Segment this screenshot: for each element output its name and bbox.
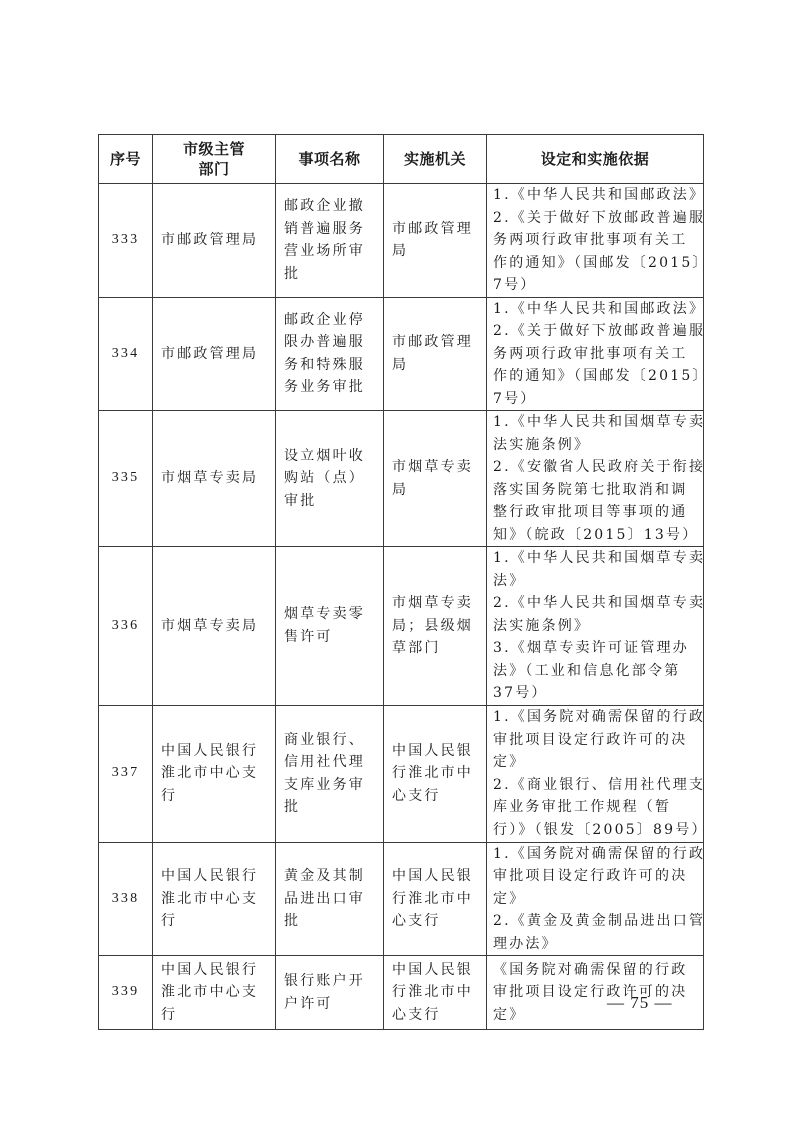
basis-line: 定》 <box>493 751 701 774</box>
page-number: — 75 — <box>607 993 673 1013</box>
cell-org: 中国人民银行淮北市中心支行 <box>384 842 487 956</box>
cell-dept: 市邮政管理局 <box>153 297 276 411</box>
basis-line: 1.《中华人民共和国邮政法》 <box>493 298 701 321</box>
basis-line: 法》 <box>493 570 701 593</box>
cell-item: 设立烟叶收购站（点）审批 <box>276 411 384 547</box>
basis-line: 库业务审批工作规程（暂 <box>493 796 701 819</box>
header-org: 实施机关 <box>384 135 487 184</box>
cell-seq: 335 <box>99 411 153 547</box>
basis-line: 7号） <box>493 388 701 411</box>
table-row: 338 中国人民银行淮北市中心支行 黄金及其制品进出口审批 中国人民银行淮北市中… <box>99 842 704 956</box>
cell-dept: 市烟草专卖局 <box>153 547 276 706</box>
basis-line: 《国务院对确需保留的行政 <box>493 959 701 982</box>
basis-line: 整行政审批项目等事项的通 <box>493 501 701 524</box>
basis-line: 2.《关于做好下放邮政普遍服 <box>493 320 701 343</box>
header-basis: 设定和实施依据 <box>487 135 704 184</box>
basis-line: 2.《黄金及黄金制品进出口管 <box>493 910 701 933</box>
basis-line: 审批项目设定行政许可的决 <box>493 865 701 888</box>
basis-line: 作的通知》（国邮发〔2015〕 <box>493 365 701 388</box>
cell-item: 商业银行、信用社代理支库业务审批 <box>276 705 384 842</box>
basis-line: 法》（工业和信息化部令第 <box>493 660 701 683</box>
cell-item: 黄金及其制品进出口审批 <box>276 842 384 956</box>
basis-line: 1.《中华人民共和国烟草专卖 <box>493 411 701 434</box>
header-item: 事项名称 <box>276 135 384 184</box>
cell-org: 中国人民银行淮北市中心支行 <box>384 705 487 842</box>
basis-line: 2.《安徽省人民政府关于衔接 <box>493 456 701 479</box>
cell-org: 市邮政管理局 <box>384 184 487 298</box>
basis-line: 1.《中华人民共和国邮政法》 <box>493 184 701 207</box>
table-row: 336 市烟草专卖局 烟草专卖零售许可 市烟草专卖局；县级烟草部门 1.《中华人… <box>99 547 704 706</box>
cell-dept: 市邮政管理局 <box>153 184 276 298</box>
header-dept-line1: 市级主管 <box>183 140 245 158</box>
basis-line: 法实施条例》 <box>493 615 701 638</box>
cell-item: 邮政企业停限办普遍服务和特殊服务业务审批 <box>276 297 384 411</box>
basis-line: 定》 <box>493 888 701 911</box>
basis-line: 37号） <box>493 682 701 705</box>
basis-line: 知》（皖政〔2015〕13号） <box>493 524 701 547</box>
basis-line: 务两项行政审批事项有关工 <box>493 229 701 252</box>
document-page: 序号 市级主管 部门 事项名称 实施机关 设定和实施依据 333 市邮政管理局 … <box>0 0 793 1122</box>
basis-line: 作的通知》（国邮发〔2015〕 <box>493 252 701 275</box>
basis-line: 2.《关于做好下放邮政普遍服 <box>493 207 701 230</box>
cell-basis: 1.《中华人民共和国烟草专卖 法实施条例》 2.《安徽省人民政府关于衔接 落实国… <box>487 411 704 547</box>
table-row: 333 市邮政管理局 邮政企业撤销普遍服务营业场所审批 市邮政管理局 1.《中华… <box>99 184 704 298</box>
cell-org: 市烟草专卖局 <box>384 411 487 547</box>
table-row: 335 市烟草专卖局 设立烟叶收购站（点）审批 市烟草专卖局 1.《中华人民共和… <box>99 411 704 547</box>
cell-dept: 中国人民银行淮北市中心支行 <box>153 956 276 1030</box>
basis-line: 法实施条例》 <box>493 434 701 457</box>
table-row: 334 市邮政管理局 邮政企业停限办普遍服务和特殊服务业务审批 市邮政管理局 1… <box>99 297 704 411</box>
cell-seq: 336 <box>99 547 153 706</box>
cell-dept: 市烟草专卖局 <box>153 411 276 547</box>
cell-seq: 333 <box>99 184 153 298</box>
basis-line: 2.《商业银行、信用社代理支 <box>493 774 701 797</box>
cell-dept: 中国人民银行淮北市中心支行 <box>153 705 276 842</box>
table-header-row: 序号 市级主管 部门 事项名称 实施机关 设定和实施依据 <box>99 135 704 184</box>
cell-seq: 339 <box>99 956 153 1030</box>
basis-line: 1.《国务院对确需保留的行政 <box>493 843 701 866</box>
cell-basis: 1.《中华人民共和国邮政法》 2.《关于做好下放邮政普遍服 务两项行政审批事项有… <box>487 184 704 298</box>
basis-line: 审批项目设定行政许可的决 <box>493 729 701 752</box>
cell-item: 烟草专卖零售许可 <box>276 547 384 706</box>
basis-line: 务两项行政审批事项有关工 <box>493 343 701 366</box>
basis-line: 3.《烟草专卖许可证管理办 <box>493 637 701 660</box>
cell-org: 市邮政管理局 <box>384 297 487 411</box>
cell-item: 银行账户开户许可 <box>276 956 384 1030</box>
basis-line: 7号） <box>493 274 701 297</box>
basis-line: 2.《中华人民共和国烟草专卖 <box>493 592 701 615</box>
cell-seq: 334 <box>99 297 153 411</box>
cell-seq: 337 <box>99 705 153 842</box>
cell-item: 邮政企业撤销普遍服务营业场所审批 <box>276 184 384 298</box>
header-dept: 市级主管 部门 <box>153 135 276 184</box>
basis-line: 1.《国务院对确需保留的行政 <box>493 706 701 729</box>
cell-org: 中国人民银行淮北市中心支行 <box>384 956 487 1030</box>
table-row: 337 中国人民银行淮北市中心支行 商业银行、信用社代理支库业务审批 中国人民银… <box>99 705 704 842</box>
cell-basis: 1.《中华人民共和国邮政法》 2.《关于做好下放邮政普遍服 务两项行政审批事项有… <box>487 297 704 411</box>
administrative-approval-table: 序号 市级主管 部门 事项名称 实施机关 设定和实施依据 333 市邮政管理局 … <box>98 134 704 1030</box>
header-dept-line2: 部门 <box>198 160 229 178</box>
cell-seq: 338 <box>99 842 153 956</box>
basis-line: 1.《中华人民共和国烟草专卖 <box>493 547 701 570</box>
basis-line: 落实国务院第七批取消和调 <box>493 479 701 502</box>
cell-basis: 1.《国务院对确需保留的行政 审批项目设定行政许可的决 定》 2.《商业银行、信… <box>487 705 704 842</box>
cell-basis: 1.《国务院对确需保留的行政 审批项目设定行政许可的决 定》 2.《黄金及黄金制… <box>487 842 704 956</box>
header-seq: 序号 <box>99 135 153 184</box>
cell-org: 市烟草专卖局；县级烟草部门 <box>384 547 487 706</box>
basis-line: 理办法》 <box>493 933 701 956</box>
cell-dept: 中国人民银行淮北市中心支行 <box>153 842 276 956</box>
basis-line: 行）》（银发〔2005〕89号） <box>493 819 701 842</box>
cell-basis: 1.《中华人民共和国烟草专卖 法》 2.《中华人民共和国烟草专卖 法实施条例》 … <box>487 547 704 706</box>
